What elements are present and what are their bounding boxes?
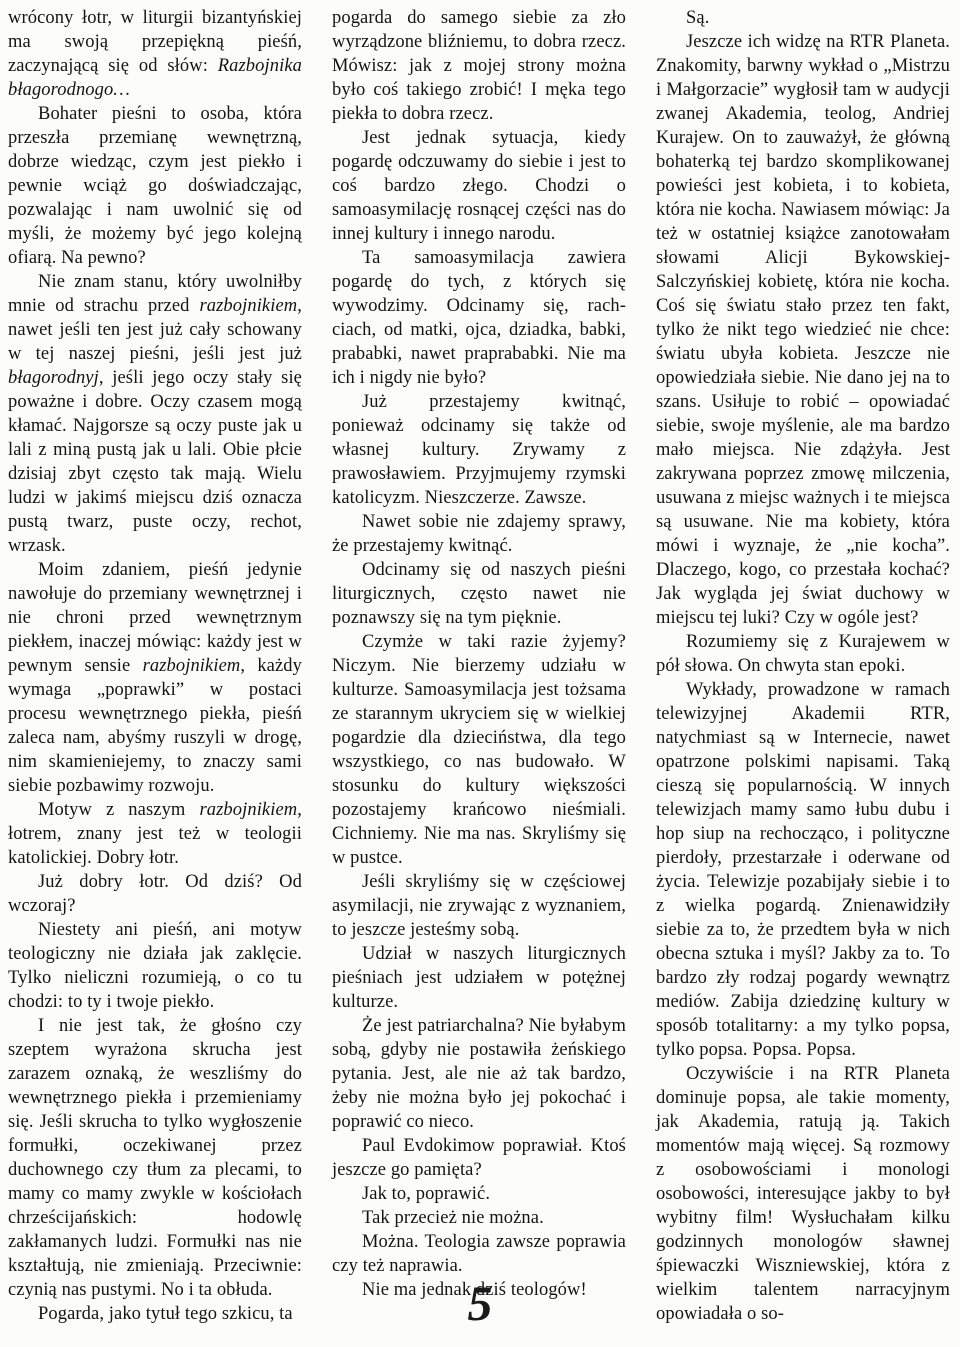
italic-text-run: razbojnikiem xyxy=(199,296,297,316)
paragraph: Niestety ani pieśń, ani motyw teologiczn… xyxy=(8,918,302,1014)
text-run: Bohater pieśni to osoba, która przeszła … xyxy=(8,104,302,268)
paragraph: wrócony łotr, w liturgii bizantyńskiej m… xyxy=(8,6,302,102)
paragraph: Paul Evdokimow poprawiał. Ktoś jeszcze g… xyxy=(332,1134,626,1182)
text-run: Wykłady, prowadzone w ramach telewizyjne… xyxy=(656,680,950,1060)
text-column-left: wrócony łotr, w liturgii bizantyńskiej m… xyxy=(8,6,302,1326)
text-run: Czymże w taki razie żyjemy? Niczym. Nie … xyxy=(332,632,626,868)
text-run: , każdy wymaga „poprawki” w postaci proc… xyxy=(8,656,302,796)
text-columns: wrócony łotr, w liturgii bizantyńskiej m… xyxy=(8,6,950,1326)
text-run: Że jest patriarchalna? Nie byłabym sobą,… xyxy=(332,1016,626,1132)
text-run: Jest jednak sytuacja, kiedy pogardę odcz… xyxy=(332,128,626,244)
text-run: Paul Evdokimow poprawiał. Ktoś jeszcze g… xyxy=(332,1136,626,1180)
paragraph: Czymże w taki razie żyjemy? Niczym. Nie … xyxy=(332,630,626,870)
italic-text-run: błagorodnyj xyxy=(8,368,99,388)
paragraph: Tak przecież nie można. xyxy=(332,1206,626,1230)
text-run: , jeśli jego oczy stały się poważne i do… xyxy=(8,368,302,556)
paragraph: I nie jest tak, że głośno czy szeptem wy… xyxy=(8,1014,302,1302)
text-run: Jeszcze ich widzę na RTR Planeta. Znakom… xyxy=(656,32,950,628)
paragraph: pogarda do samego siebie za zło wyrządzo… xyxy=(332,6,626,126)
text-column-right: Są.Jeszcze ich widzę na RTR Planeta. Zna… xyxy=(656,6,950,1326)
paragraph: Jest jednak sytuacja, kiedy pogardę odcz… xyxy=(332,126,626,246)
text-column-middle: pogarda do samego siebie za zło wyrządzo… xyxy=(332,6,626,1302)
paragraph: Ta samoasymilacja zawiera pogardę do tyc… xyxy=(332,246,626,390)
paragraph: Jak to, poprawić. xyxy=(332,1182,626,1206)
text-run: pogarda do samego siebie za zło wyrządzo… xyxy=(332,8,626,124)
text-run: Niestety ani pieśń, ani motyw teologiczn… xyxy=(8,920,302,1012)
page-number: 5 xyxy=(0,1278,960,1328)
paragraph: Bohater pieśni to osoba, która przeszła … xyxy=(8,102,302,270)
paragraph: Motyw z naszym razbojnikiem, łotrem, zna… xyxy=(8,798,302,870)
paragraph: Jeszcze ich widzę na RTR Planeta. Znakom… xyxy=(656,30,950,630)
paragraph: Jeśli skryliśmy się w częściowej asymila… xyxy=(332,870,626,942)
italic-text-run: razbojnikiem xyxy=(143,656,241,676)
text-run: Tak przecież nie można. xyxy=(362,1208,544,1228)
text-run: Motyw z naszym xyxy=(38,800,199,820)
paragraph: Już przestajemy kwitnąć, ponieważ odcina… xyxy=(332,390,626,510)
text-run: Nawet sobie nie zdajemy sprawy, że przes… xyxy=(332,512,626,556)
paragraph: Moim zdaniem, pieśń jedynie nawołuje do … xyxy=(8,558,302,798)
text-run: Jeśli skryliśmy się w częściowej asymila… xyxy=(332,872,626,940)
magazine-page: wrócony łotr, w liturgii bizantyńskiej m… xyxy=(0,0,960,1347)
paragraph: Można. Teologia zawsze poprawia czy też … xyxy=(332,1230,626,1278)
italic-text-run: razbojnikiem xyxy=(199,800,297,820)
paragraph: Rozumiemy się z Kurajewem w pół słowa. O… xyxy=(656,630,950,678)
paragraph: Udział w naszych liturgicznych pieśniach… xyxy=(332,942,626,1014)
paragraph: Wykłady, prowadzone w ramach telewizyjne… xyxy=(656,678,950,1062)
text-run: Już przestajemy kwitnąć, ponieważ odcina… xyxy=(332,392,626,508)
text-run: Odcinamy się od naszych pieśni liturgicz… xyxy=(332,560,626,628)
paragraph: Już dobry łotr. Od dziś? Od wczoraj? xyxy=(8,870,302,918)
paragraph: Są. xyxy=(656,6,950,30)
paragraph: Odcinamy się od naszych pieśni liturgicz… xyxy=(332,558,626,630)
text-run: Są. xyxy=(686,8,709,28)
text-run: Ta samoasymilacja zawiera pogardę do tyc… xyxy=(332,248,626,388)
paragraph: Nie znam stanu, który uwolniłby mnie od … xyxy=(8,270,302,558)
text-run: Rozumiemy się z Kurajewem w pół słowa. O… xyxy=(656,632,950,676)
text-run: Już dobry łotr. Od dziś? Od wczoraj? xyxy=(8,872,302,916)
text-run: Jak to, poprawić. xyxy=(362,1184,490,1204)
paragraph: Nawet sobie nie zdajemy sprawy, że przes… xyxy=(332,510,626,558)
text-run: I nie jest tak, że głośno czy szeptem wy… xyxy=(8,1016,302,1300)
paragraph: Że jest patriarchalna? Nie byłabym sobą,… xyxy=(332,1014,626,1134)
text-run: Można. Teologia zawsze poprawia czy też … xyxy=(332,1232,626,1276)
text-run: Udział w naszych liturgicznych pieśniach… xyxy=(332,944,626,1012)
